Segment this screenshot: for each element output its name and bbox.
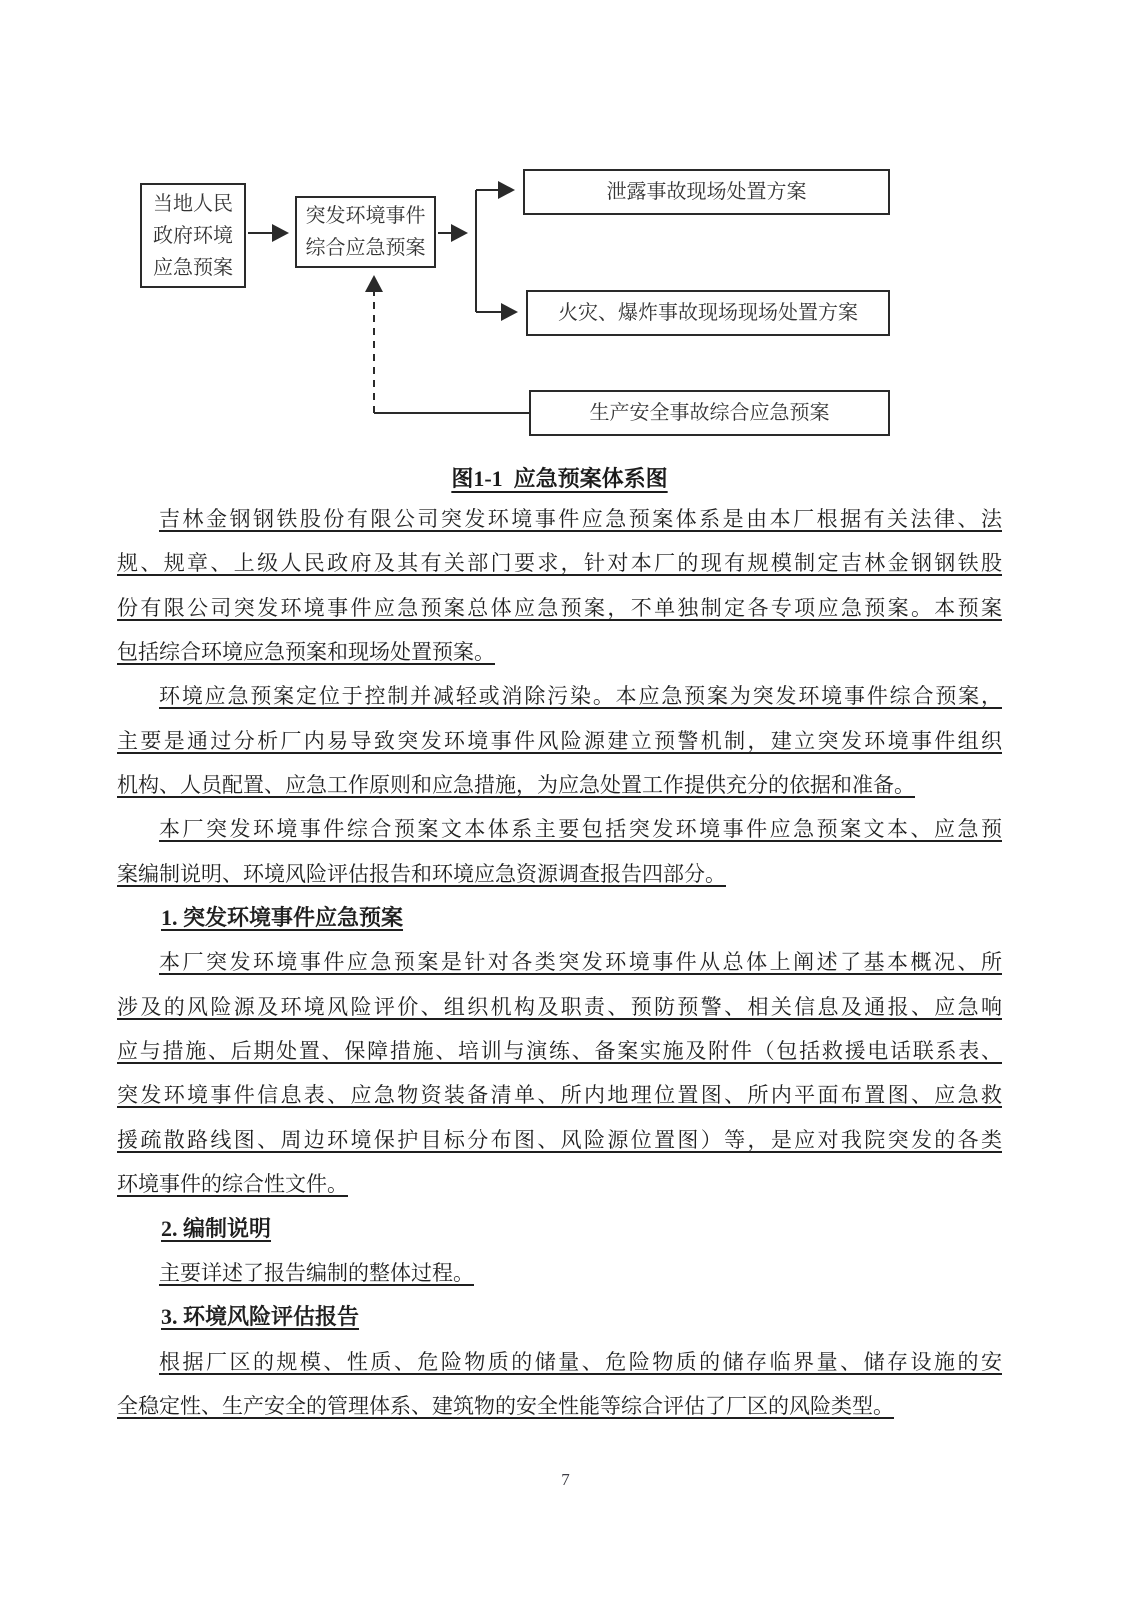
figure-box-local-government-plan: 当地人民 政府环境 应急预案: [140, 183, 246, 288]
paragraph-line: 吉林金钢钢铁股份有限公司突发环境事件应急预案体系是由本厂根据有关法律、法: [117, 497, 1002, 541]
paragraph-line: 援疏散路线图、周边环境保护目标分布图、风险源位置图）等，是应对我院突发的各类: [117, 1118, 1002, 1162]
section-heading-3: 3. 环境风险评估报告: [117, 1295, 1002, 1339]
paragraph-line: 环境事件的综合性文件。: [117, 1162, 1002, 1206]
paragraph-line: 包括综合环境应急预案和现场处置预案。: [117, 630, 1002, 674]
section-heading-1: 1. 突发环境事件应急预案: [117, 896, 1002, 940]
paragraph-line: 本厂突发环境事件应急预案是针对各类突发环境事件从总体上阐述了基本概况、所: [117, 940, 1002, 984]
paragraph-line: 突发环境事件信息表、应急物资装备清单、所内地理位置图、所内平面布置图、应急救: [117, 1073, 1002, 1117]
figure-box-production-safety-plan: 生产安全事故综合应急预案: [529, 390, 890, 436]
paragraph-line: 主要是通过分析厂内易导致突发环境事件风险源建立预警机制，建立突发环境事件组织: [117, 719, 1002, 763]
paragraph-line: 份有限公司突发环境事件应急预案总体应急预案，不单独制定各专项应急预案。本预案: [117, 586, 1002, 630]
figure-box-comprehensive-plan: 突发环境事件 综合应急预案: [295, 196, 436, 268]
paragraph-line: 环境应急预案定位于控制并减轻或消除污染。本应急预案为突发环境事件综合预案，: [117, 674, 1002, 718]
document-body: 吉林金钢钢铁股份有限公司突发环境事件应急预案体系是由本厂根据有关法律、法 规、规…: [117, 497, 1002, 1428]
figure-box-leak-plan: 泄露事故现场处置方案: [523, 169, 890, 215]
paragraph-line: 机构、人员配置、应急工作原则和应急措施，为应急处置工作提供充分的依据和准备。: [117, 763, 1002, 807]
paragraph-line: 主要详述了报告编制的整体过程。: [117, 1251, 1002, 1295]
paragraph-line: 案编制说明、环境风险评估报告和环境应急资源调查报告四部分。: [117, 852, 1002, 896]
paragraph-line: 本厂突发环境事件综合预案文本体系主要包括突发环境事件应急预案文本、应急预: [117, 807, 1002, 851]
paragraph-line: 规、规章、上级人民政府及其有关部门要求，针对本厂的现有规模制定吉林金钢钢铁股: [117, 541, 1002, 585]
paragraph-line: 应与措施、后期处置、保障措施、培训与演练、备案实施及附件（包括救援电话联系表、: [117, 1029, 1002, 1073]
document-page: 当地人民 政府环境 应急预案 突发环境事件 综合应急预案 泄露事故现场处置方案 …: [0, 0, 1131, 1600]
paragraph-line: 涉及的风险源及环境风险评价、组织机构及职责、预防预警、相关信息及通报、应急响: [117, 985, 1002, 1029]
section-heading-2: 2. 编制说明: [117, 1207, 1002, 1251]
paragraph-line: 根据厂区的规模、性质、危险物质的储量、危险物质的储存临界量、储存设施的安: [117, 1340, 1002, 1384]
page-number: 7: [0, 1470, 1131, 1490]
paragraph-line: 全稳定性、生产安全的管理体系、建筑物的安全性能等综合评估了厂区的风险类型。: [117, 1384, 1002, 1428]
figure-caption: 图1-1 应急预案体系图: [117, 462, 1002, 493]
figure-box-fire-explosion-plan: 火灾、爆炸事故现场现场处置方案: [526, 290, 890, 336]
